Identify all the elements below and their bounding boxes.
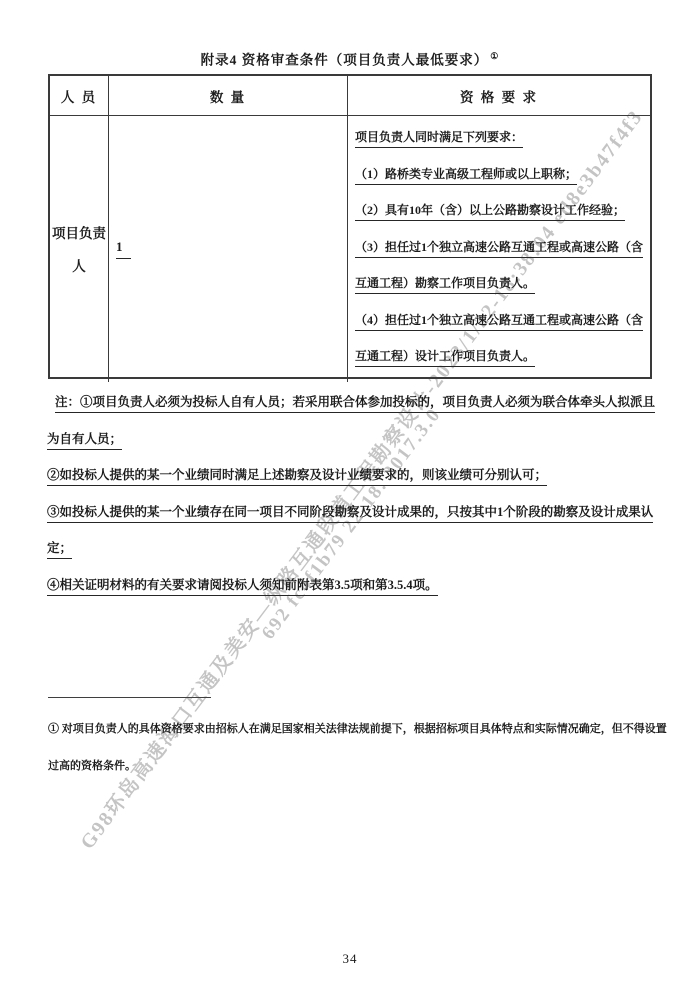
requirement-line: （1）路桥类专业高级工程师或以上职称； xyxy=(355,163,646,185)
requirement-text: （1）路桥类专业高级工程师或以上职称； xyxy=(355,167,577,185)
col-header-personnel: 人 员 xyxy=(50,76,109,116)
cell-personnel: 项目负责 人 xyxy=(50,116,109,382)
document-page: G98环岛高速海口互通及美安—纵路互通段道工程勘察设计-2023/1/22-18… xyxy=(0,0,700,989)
cell-requirements: 项目负责人同时满足下列要求： （1）路桥类专业高级工程师或以上职称； （2）具有… xyxy=(348,116,650,382)
footnote-section: ① 对项目负责人的具体资格要求由招标人在满足国家相关法律法规前提下，根据招标项目… xyxy=(48,719,658,793)
note-line: 为自有人员； xyxy=(47,428,657,450)
note-text: 为自有人员； xyxy=(47,432,122,450)
note-line: 定； xyxy=(47,537,657,559)
note-text: ④相关证明材料的有关要求请阅投标人须知前附表第3.5项和第3.5.4项。 xyxy=(47,578,438,596)
page-title: 附录4 资格审查条件（项目负责人最低要求）① xyxy=(0,47,700,70)
requirement-line: 互通工程）设计工作项目负责人。 xyxy=(355,345,646,367)
quantity-value: 1 xyxy=(116,239,131,259)
note-text: 注：①项目负责人必须为投标人自有人员；若采用联合体参加投标的，项目负责人必须为联… xyxy=(55,395,655,413)
page-number: 34 xyxy=(0,951,700,967)
note-line: ④相关证明材料的有关要求请阅投标人须知前附表第3.5项和第3.5.4项。 xyxy=(47,574,657,596)
requirement-line: （3）担任过1个独立高速公路互通工程或高速公路（含 xyxy=(355,236,646,258)
requirement-text: （4）担任过1个独立高速公路互通工程或高速公路（含 xyxy=(355,313,643,331)
col-header-quantity: 数 量 xyxy=(109,76,348,116)
note-line: 注：①项目负责人必须为投标人自有人员；若采用联合体参加投标的，项目负责人必须为联… xyxy=(47,391,657,413)
qualification-table: 人 员 数 量 资 格 要 求 项目负责 人 1 项目负责人同时满足下列要求： … xyxy=(48,74,652,379)
requirement-text: （2）具有10年（含）以上公路勘察设计工作经验； xyxy=(355,203,625,221)
requirement-text: 互通工程）勘察工作项目负责人。 xyxy=(355,276,535,294)
page-title-text: 附录4 资格审查条件（项目负责人最低要求） xyxy=(201,53,489,68)
personnel-line-1: 项目负责 xyxy=(52,222,106,242)
footnote-separator xyxy=(48,697,211,698)
note-text: 定； xyxy=(47,541,72,559)
requirement-line: （2）具有10年（含）以上公路勘察设计工作经验； xyxy=(355,199,646,221)
col-header-qualification: 资 格 要 求 xyxy=(348,76,650,116)
requirement-line: （4）担任过1个独立高速公路互通工程或高速公路（含 xyxy=(355,309,646,331)
footnote-line: 过高的资格条件。 xyxy=(48,756,658,777)
title-superscript: ① xyxy=(490,51,499,61)
cell-quantity: 1 xyxy=(109,116,348,382)
note-text: ②如投标人提供的某一个业绩同时满足上述勘察及设计业绩要求的，则该业绩可分别认可； xyxy=(47,468,547,486)
footnote-line: ① 对项目负责人的具体资格要求由招标人在满足国家相关法律法规前提下，根据招标项目… xyxy=(48,719,658,740)
note-line: ②如投标人提供的某一个业绩同时满足上述勘察及设计业绩要求的，则该业绩可分别认可； xyxy=(47,464,657,486)
requirement-text: 项目负责人同时满足下列要求： xyxy=(355,130,523,148)
note-line: ③如投标人提供的某一个业绩存在同一项目不同阶段勘察及设计成果的，只按其中1个阶段… xyxy=(47,501,657,523)
note-text: ③如投标人提供的某一个业绩存在同一项目不同阶段勘察及设计成果的，只按其中1个阶段… xyxy=(47,505,653,523)
requirement-line: 项目负责人同时满足下列要求： xyxy=(355,126,646,148)
requirement-line: 互通工程）勘察工作项目负责人。 xyxy=(355,272,646,294)
requirement-text: （3）担任过1个独立高速公路互通工程或高速公路（含 xyxy=(355,240,643,258)
notes-section: 注：①项目负责人必须为投标人自有人员；若采用联合体参加投标的，项目负责人必须为联… xyxy=(47,391,657,610)
requirement-text: 互通工程）设计工作项目负责人。 xyxy=(355,349,535,367)
personnel-line-2: 人 xyxy=(72,255,86,275)
